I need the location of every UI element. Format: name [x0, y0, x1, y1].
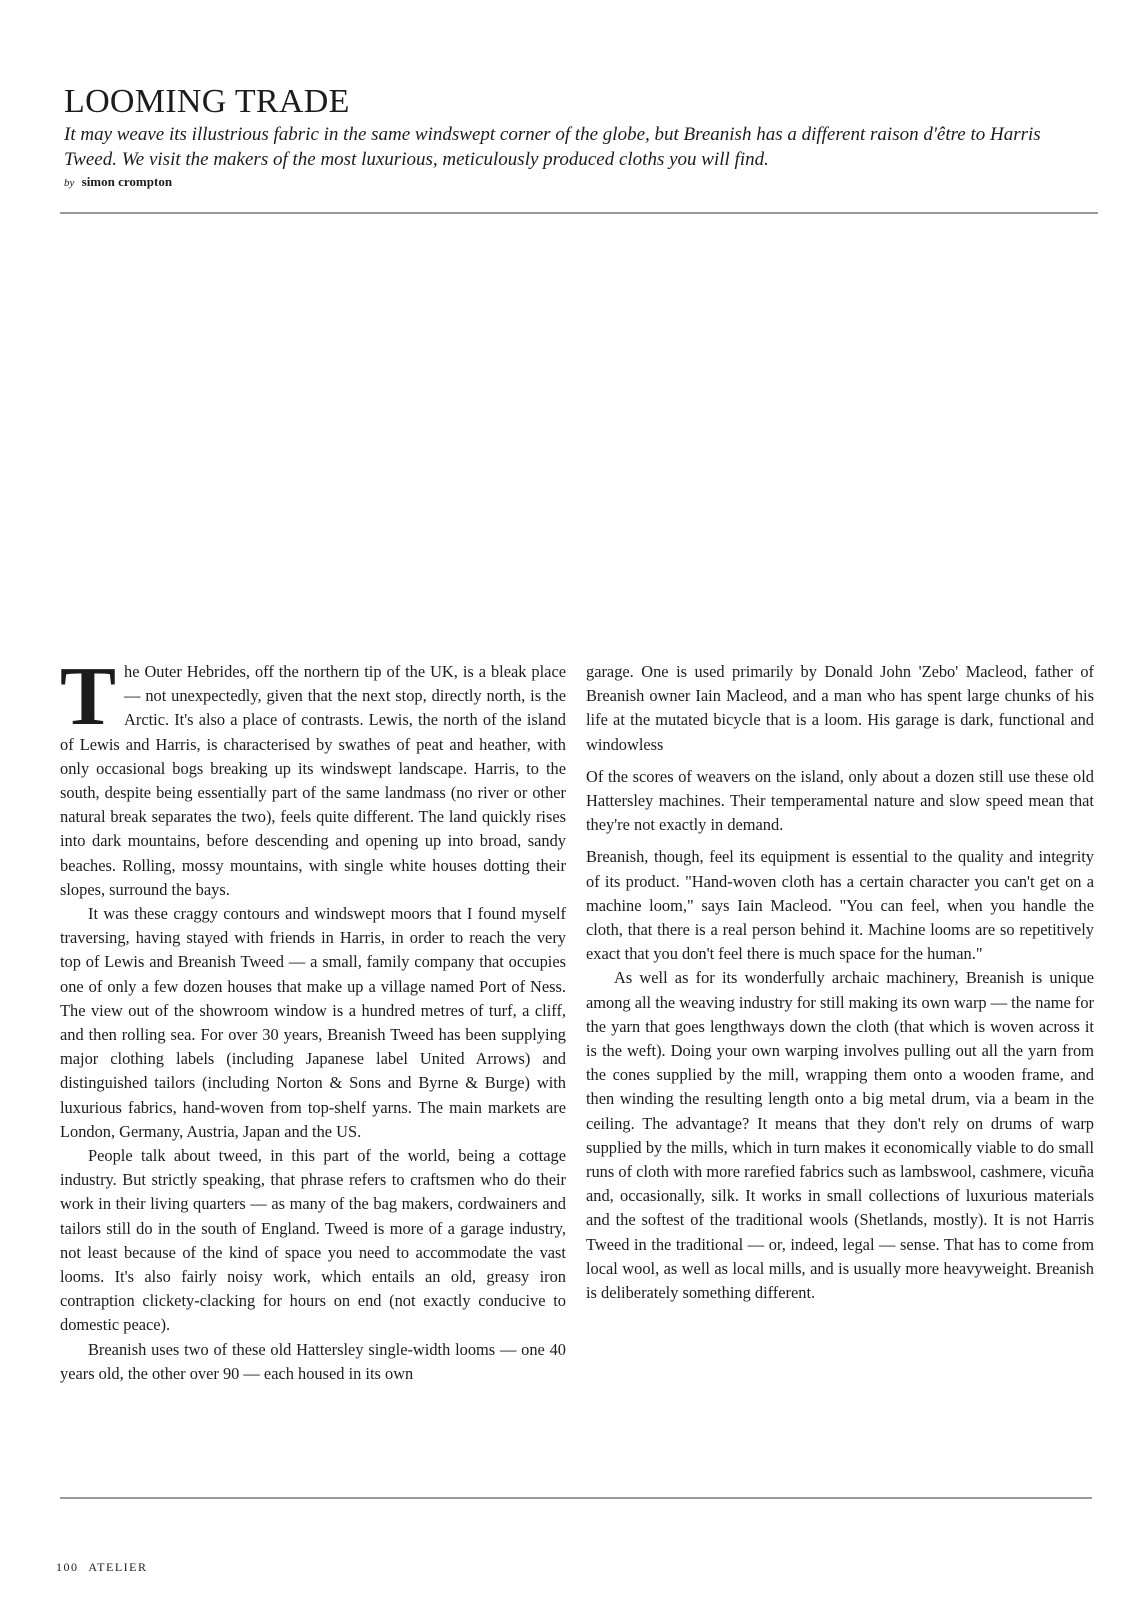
body-paragraph: garage. One is used primarily by Donald … — [586, 660, 1094, 757]
page-number: 100 — [56, 1560, 79, 1574]
publication-name: ATELIER — [88, 1560, 147, 1574]
body-paragraph: It was these craggy contours and windswe… — [60, 902, 566, 1144]
left-column: The Outer Hebrides, off the northern tip… — [60, 660, 566, 1386]
body-paragraph: The Outer Hebrides, off the northern tip… — [60, 660, 566, 902]
body-paragraph: Breanish uses two of these old Hattersle… — [60, 1338, 566, 1386]
body-paragraph: Of the scores of weavers on the island, … — [586, 765, 1094, 838]
footer-divider — [60, 1497, 1092, 1499]
author-name: simon crompton — [82, 174, 172, 189]
right-column: garage. One is used primarily by Donald … — [586, 660, 1094, 1305]
byline: by simon crompton — [64, 174, 172, 190]
page-footer: 100 ATELIER — [56, 1560, 148, 1575]
body-paragraph: Breanish, though, feel its equipment is … — [586, 845, 1094, 966]
article-standfirst: It may weave its illustrious fabric in t… — [64, 122, 1084, 172]
body-paragraph: People talk about tweed, in this part of… — [60, 1144, 566, 1338]
body-paragraph: As well as for its wonderfully archaic m… — [586, 966, 1094, 1305]
header-divider — [60, 212, 1098, 214]
article-title: LOOMING TRADE — [64, 84, 350, 120]
byline-prefix: by — [64, 177, 74, 189]
drop-cap: T — [60, 664, 116, 730]
